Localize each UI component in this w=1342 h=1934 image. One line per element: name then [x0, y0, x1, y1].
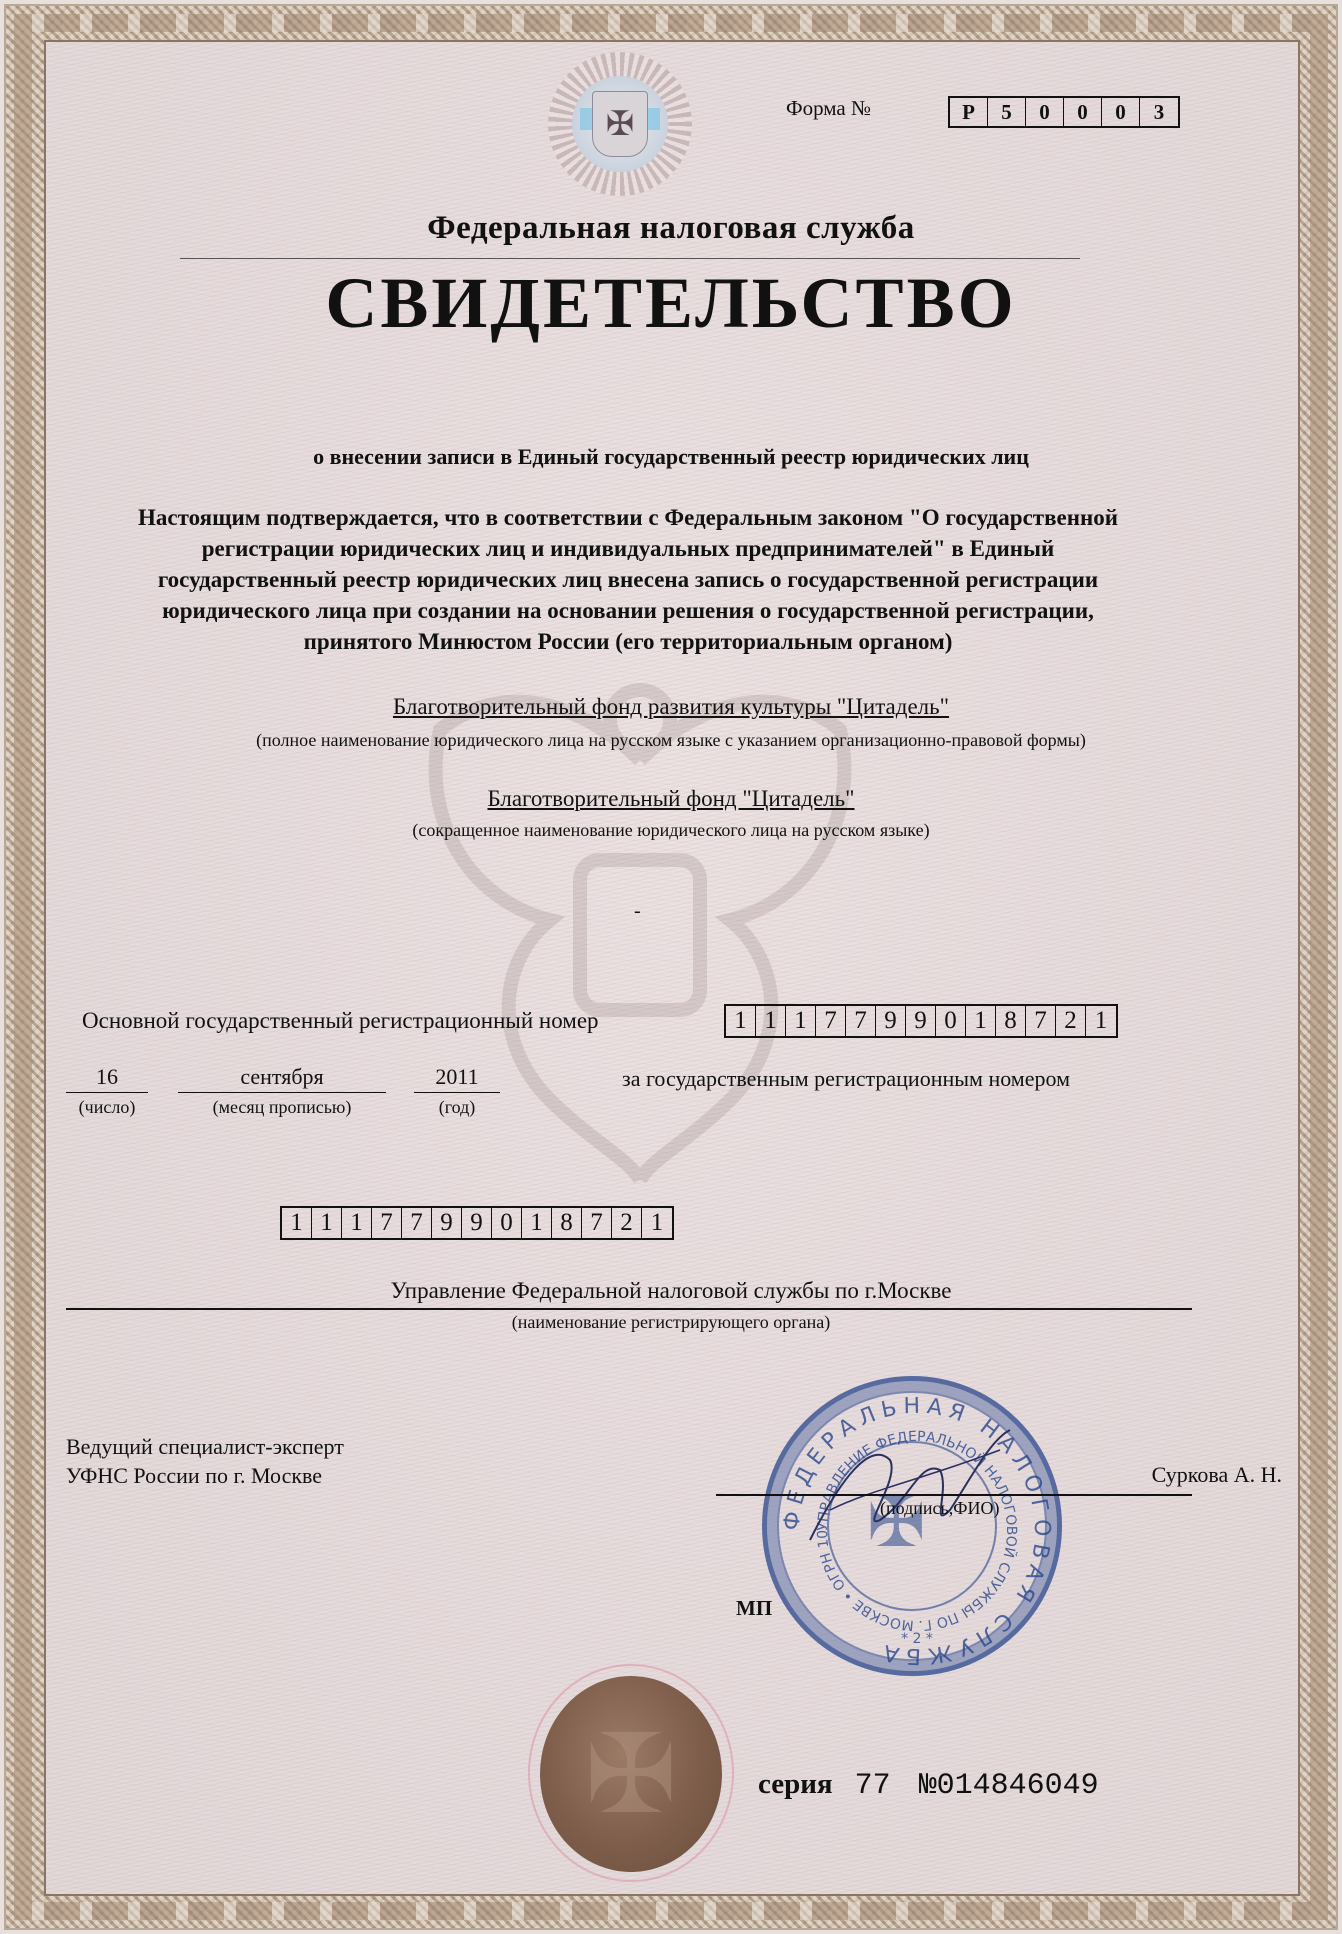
signature-caption: (подпись,ФИО) — [880, 1498, 999, 1519]
entity-short-name-caption: (сокращенное наименование юридического л… — [0, 820, 1342, 841]
form-code-cell: 3 — [1140, 98, 1178, 126]
digit-cell: 7 — [372, 1208, 402, 1238]
entity-full-name-caption: (полное наименование юридического лица н… — [0, 730, 1342, 751]
digit-cell: 8 — [996, 1006, 1026, 1036]
digit-cell: 9 — [432, 1208, 462, 1238]
official-position: Ведущий специалист-эксперт УФНС России п… — [66, 1432, 344, 1490]
serial-number: №014846049 — [919, 1769, 1099, 1803]
document-subtitle: о внесении записи в Единый государственн… — [0, 444, 1342, 470]
blank-serial: серия 77 №014846049 — [758, 1768, 1099, 1803]
form-number-label: Форма № — [786, 96, 871, 121]
digit-cell: 1 — [522, 1208, 552, 1238]
signer-name: Суркова А. Н. — [1152, 1462, 1282, 1488]
digit-cell: 1 — [1086, 1006, 1116, 1036]
registering-authority: Управление Федеральной налоговой службы … — [0, 1278, 1342, 1304]
digit-cell: 8 — [552, 1208, 582, 1238]
digit-cell: 1 — [756, 1006, 786, 1036]
ogrn-number: 1117799018721 — [724, 1004, 1118, 1038]
agency-name: Федеральная налоговая служба — [0, 210, 1342, 247]
form-code-cell: 5 — [988, 98, 1026, 126]
digit-cell: 7 — [846, 1006, 876, 1036]
registration-year: 2011 (год) — [414, 1064, 500, 1118]
digit-cell: 7 — [816, 1006, 846, 1036]
digit-cell: 0 — [936, 1006, 966, 1036]
ogrn-label: Основной государственный регистрационный… — [82, 1008, 599, 1034]
digit-cell: 7 — [1026, 1006, 1056, 1036]
digit-cell: 0 — [492, 1208, 522, 1238]
digit-cell: 2 — [612, 1208, 642, 1238]
coat-of-arms-icon: ✠ — [592, 91, 648, 157]
registration-month: сентября (месяц прописью) — [178, 1064, 386, 1118]
digit-cell: 1 — [282, 1208, 312, 1238]
digit-cell: 7 — [582, 1208, 612, 1238]
form-code-cell: 0 — [1102, 98, 1140, 126]
digit-cell: 9 — [906, 1006, 936, 1036]
digit-cell: 7 — [402, 1208, 432, 1238]
header-divider — [180, 258, 1080, 259]
digit-cell: 1 — [786, 1006, 816, 1036]
digit-cell: 1 — [342, 1208, 372, 1238]
serial-series: 77 — [855, 1769, 891, 1803]
digit-cell: 1 — [726, 1006, 756, 1036]
entity-short-name: Благотворительный фонд "Цитадель" — [0, 786, 1342, 812]
signature-line — [716, 1494, 1192, 1496]
reg-number-label: за государственным регистрационным номер… — [622, 1066, 1070, 1092]
form-number-code: Р 5 0 0 0 3 — [948, 96, 1180, 128]
state-registration-number: 1117799018721 — [280, 1206, 674, 1240]
serial-label: серия — [758, 1768, 833, 1801]
form-code-cell: 0 — [1064, 98, 1102, 126]
digit-cell: 1 — [642, 1208, 672, 1238]
seal-place-mark: МП — [736, 1596, 772, 1621]
form-code-cell: Р — [950, 98, 988, 126]
registration-day: 16 (число) — [66, 1064, 148, 1118]
form-code-cell: 0 — [1026, 98, 1064, 126]
svg-text:* 2 *: * 2 * — [901, 1631, 933, 1647]
authority-caption: (наименование регистрирующего органа) — [0, 1312, 1342, 1333]
digit-cell: 9 — [876, 1006, 906, 1036]
digit-cell: 1 — [312, 1208, 342, 1238]
embossed-eagle-seal-icon: ✠ — [540, 1676, 722, 1872]
digit-cell: 2 — [1056, 1006, 1086, 1036]
certification-statement: Настоящим подтверждается, что в соответс… — [110, 502, 1146, 657]
entity-full-name: Благотворительный фонд развития культуры… — [0, 694, 1342, 720]
document-title: СВИДЕТЕЛЬСТВО — [0, 262, 1342, 345]
handwritten-signature — [800, 1420, 1020, 1560]
hologram-seal: ✠ — [548, 52, 692, 196]
authority-underline — [66, 1308, 1192, 1310]
digit-cell: 1 — [966, 1006, 996, 1036]
entity-foreign-name: - — [634, 900, 641, 923]
digit-cell: 9 — [462, 1208, 492, 1238]
